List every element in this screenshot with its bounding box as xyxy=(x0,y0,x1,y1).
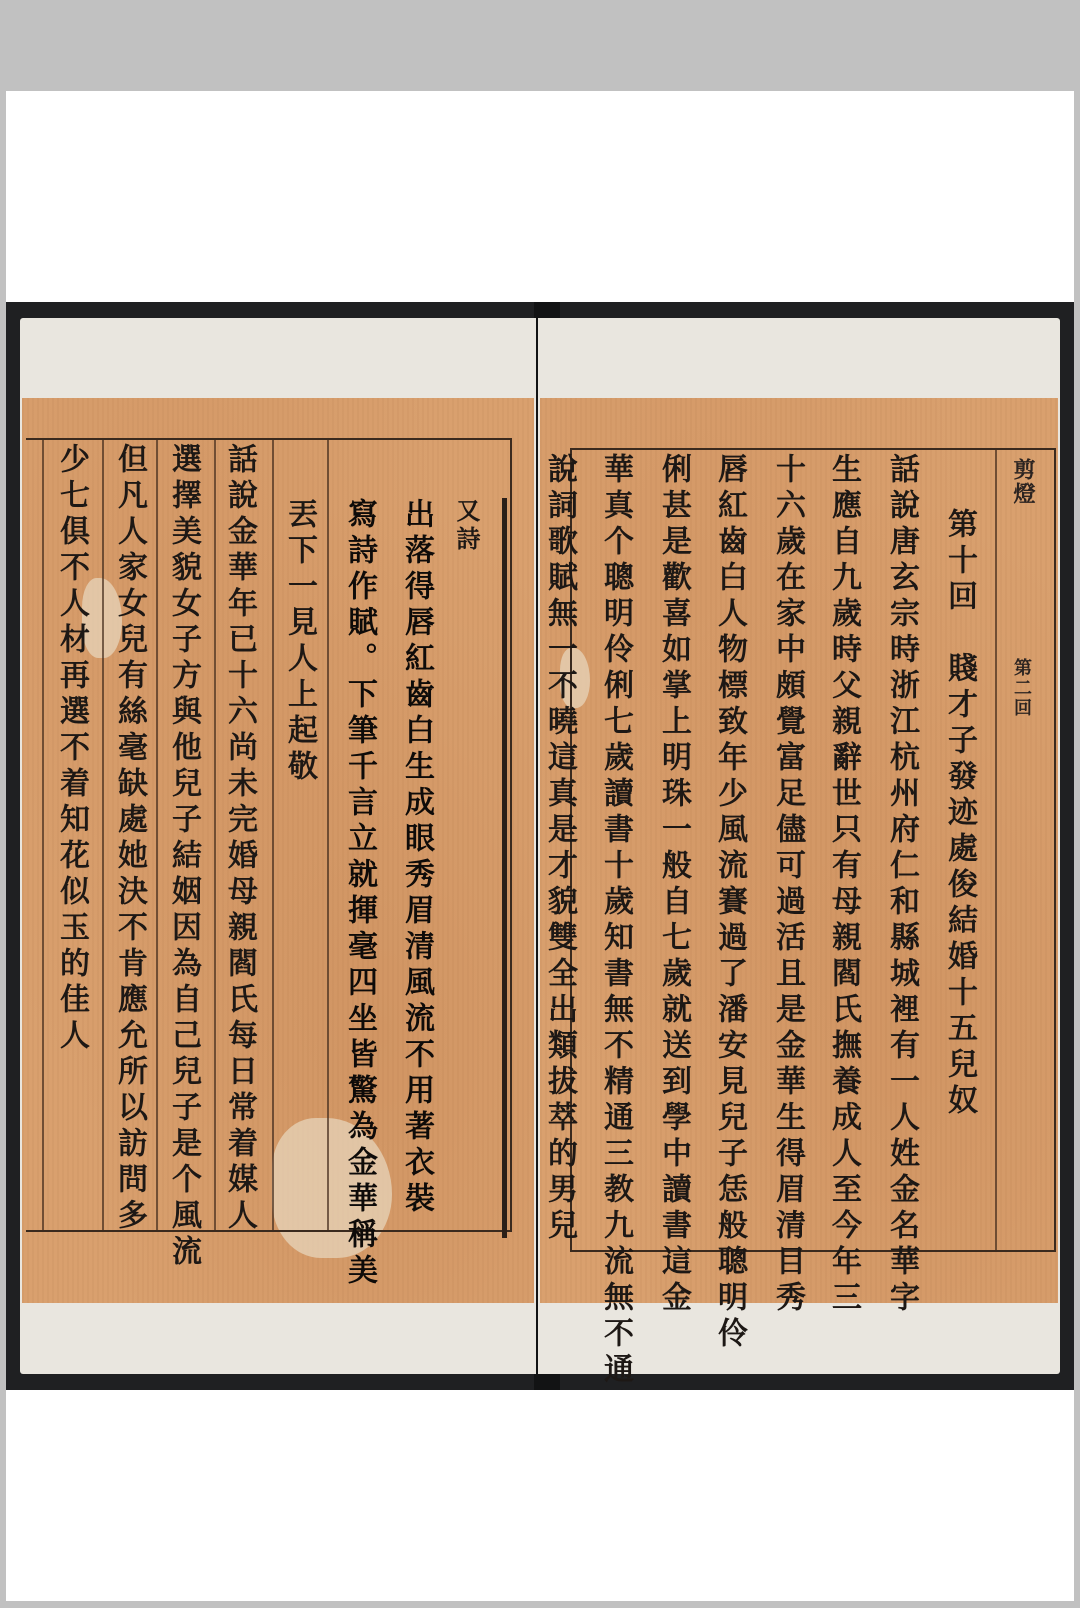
text-column: 寫詩作賦。下筆千言立就揮毫四坐皆驚為金華稱美 xyxy=(340,498,378,1290)
column-rule xyxy=(156,440,158,1230)
fold-rule xyxy=(995,450,997,1250)
text-column: 又詩 xyxy=(447,498,485,554)
image-frame-bottom xyxy=(6,1390,1074,1600)
text-column: 出落得唇紅齒白生成眼秀眉清風流不用著衣裝 xyxy=(397,498,435,1218)
text-column: 俐甚是歡喜如掌上明珠一般自七歲就送到學中讀書這金 xyxy=(654,453,692,1317)
fold-book-title: 剪燈 xyxy=(1008,458,1039,506)
text-column: 丟下一見人上起敬 xyxy=(280,498,318,786)
viewer-top-band xyxy=(0,0,1080,91)
column-rule xyxy=(214,440,216,1230)
text-column: 華真个聰明伶俐七歲讀書十歲知書無不精通三教九流無不通曉 xyxy=(596,453,634,1425)
text-column: 話說唐玄宗時浙江杭州府仁和縣城裡有一人姓金名華字 xyxy=(882,453,920,1317)
chapter-heading: 第十回 賤才子發迹處俊結婚十五兒奴 xyxy=(940,508,978,1120)
column-rule xyxy=(327,440,329,1230)
fold-chapter: 第二回 xyxy=(1008,658,1034,718)
text-column: 十六歲在家中頗覺富足儘可過活且是金華生得眉清目秀 xyxy=(768,453,806,1317)
text-column: 生應自九歲時父親辭世只有母親閻氏撫養成人至今年三 xyxy=(824,453,862,1317)
column-rule xyxy=(502,498,507,1238)
text-column: 少七俱不人材再選不着知花似玉的佳人 xyxy=(52,443,90,1055)
right-page: 剪燈 第二回 第十回 賤才子發迹處俊結婚十五兒奴 話說唐玄宗時浙江杭州府仁和縣城… xyxy=(540,398,1058,1303)
column-rule xyxy=(272,440,274,1230)
right-page-border xyxy=(570,448,1056,1252)
text-column: 選擇美貌女子方與他兒子結姻因為自己兒子是个風流 xyxy=(164,443,202,1271)
text-column: 說詞歌賦無一不曉這真是才貌雙全出類拔萃的男兒 xyxy=(540,453,578,1245)
column-rule xyxy=(102,440,104,1230)
column-rule xyxy=(42,440,44,1230)
text-column: 但凡人家女兒有絲毫缺處她決不肯應允所以訪問多 xyxy=(110,443,148,1235)
text-column: 唇紅齒白人物標致年少風流賽過了潘安見兒子恁般聰明伶 xyxy=(710,453,748,1353)
left-page-border xyxy=(26,438,512,1232)
left-page: 又詩 出落得唇紅齒白生成眼秀眉清風流不用著衣裝 寫詩作賦。下筆千言立就揮毫四坐皆… xyxy=(22,398,534,1303)
text-column: 話說金華年已十六尚未完婚母親閻氏每日常着媒人 xyxy=(220,443,258,1235)
